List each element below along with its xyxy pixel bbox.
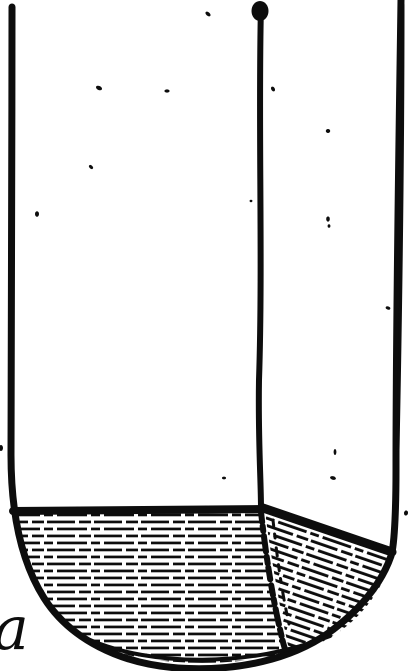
liquid-hatch-left <box>13 512 287 663</box>
scanned-book-page: { "figure": { "kind": "woodcut-engraving… <box>0 0 410 671</box>
inner-tube-top-blob <box>252 1 269 21</box>
inner-tube-line <box>259 6 261 509</box>
ink-speck <box>326 216 330 221</box>
ink-speck <box>385 306 391 311</box>
ink-speck <box>330 475 337 480</box>
speck-layer <box>0 11 408 516</box>
ink-speck <box>404 510 409 516</box>
ink-speck <box>270 86 276 92</box>
engraving-figure: a <box>0 0 410 671</box>
liquid-surface-left <box>13 509 264 511</box>
ink-speck <box>0 445 3 451</box>
figure-label: a <box>0 594 29 664</box>
ink-speck <box>328 224 331 228</box>
ink-speck <box>250 200 253 202</box>
ink-speck <box>326 129 330 133</box>
ink-speck <box>222 477 226 480</box>
ink-speck <box>164 89 169 92</box>
ink-speck <box>205 11 212 18</box>
ink-speck <box>334 449 337 455</box>
ink-speck <box>35 211 39 217</box>
ink-speck <box>88 164 94 170</box>
ink-speck <box>95 85 102 91</box>
vessel-illustration: a <box>0 0 410 671</box>
